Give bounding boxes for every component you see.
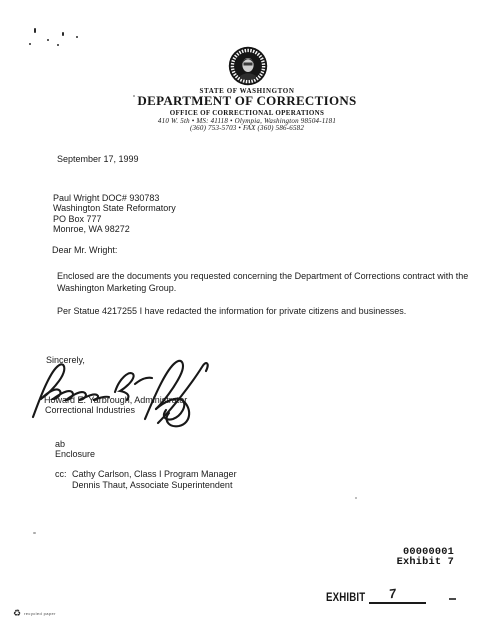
cc-recipient: Cathy Carlson, Class I Program Manager [72, 469, 237, 479]
salutation: Dear Mr. Wright: [52, 245, 117, 256]
cc-label: cc: [55, 469, 72, 480]
body-paragraph-2: Per Statue 4217255 I have redacted the i… [57, 306, 473, 318]
recipient-line: Washington State Reformatory [53, 203, 176, 213]
scan-speck [449, 598, 456, 600]
scan-speck [57, 44, 59, 46]
exhibit-stamp-handwritten-number: 7 [389, 585, 396, 601]
washington-state-seal-icon [228, 46, 268, 86]
scan-speck [76, 36, 78, 38]
recycle-icon: ♻ [13, 609, 21, 618]
exhibit-stamp-label: EXHIBIT [326, 592, 365, 604]
scan-speck [33, 532, 36, 534]
scan-speck [47, 39, 49, 41]
exhibit-stamp-line: 7 [369, 584, 426, 604]
signer-name: Howard E. Yarbrough, Administrator [44, 395, 187, 406]
letterhead-phone: (360) 753-5703 • FAX (360) 586-6582 [0, 124, 494, 132]
handwritten-signature [28, 357, 218, 429]
cc-block: cc:Cathy Carlson, Class I Program Manage… [55, 469, 237, 491]
body-paragraph-1: Enclosed are the documents you requested… [57, 271, 473, 294]
letterhead-department: DEPARTMENT OF CORRECTIONS [0, 93, 494, 109]
scan-speck [34, 28, 36, 33]
cc-row: Dennis Thaut, Associate Superintendent [55, 480, 237, 491]
exhibit-stamp: EXHIBIT7 [326, 585, 426, 604]
cc-row: cc:Cathy Carlson, Class I Program Manage… [55, 469, 237, 480]
recycled-paper-note: ♻ recycled paper [13, 609, 56, 618]
scan-speck [29, 43, 31, 45]
signer-organization: Correctional Industries [45, 405, 135, 416]
scan-speck [355, 497, 357, 499]
recipient-line: Paul Wright DOC# 930783 [53, 193, 176, 203]
scanned-letter-page: STATE OF WASHINGTON DEPARTMENT OF CORREC… [0, 0, 494, 633]
scan-speck [62, 32, 64, 36]
recipient-address-block: Paul Wright DOC# 930783 Washington State… [53, 193, 176, 235]
exhibit-typed-line: Exhibit 7 [324, 558, 454, 568]
recycled-paper-text: recycled paper [24, 611, 56, 616]
cc-recipient: Dennis Thaut, Associate Superintendent [72, 480, 232, 490]
bates-stamp: 00000001 Exhibit 7 [324, 548, 454, 567]
recipient-line: PO Box 777 [53, 214, 176, 224]
enclosure-note: Enclosure [55, 449, 95, 460]
closing: Sincerely, [46, 355, 85, 366]
recipient-line: Monroe, WA 98272 [53, 224, 176, 234]
letter-date: September 17, 1999 [57, 154, 139, 165]
typist-initials: ab [55, 439, 65, 450]
